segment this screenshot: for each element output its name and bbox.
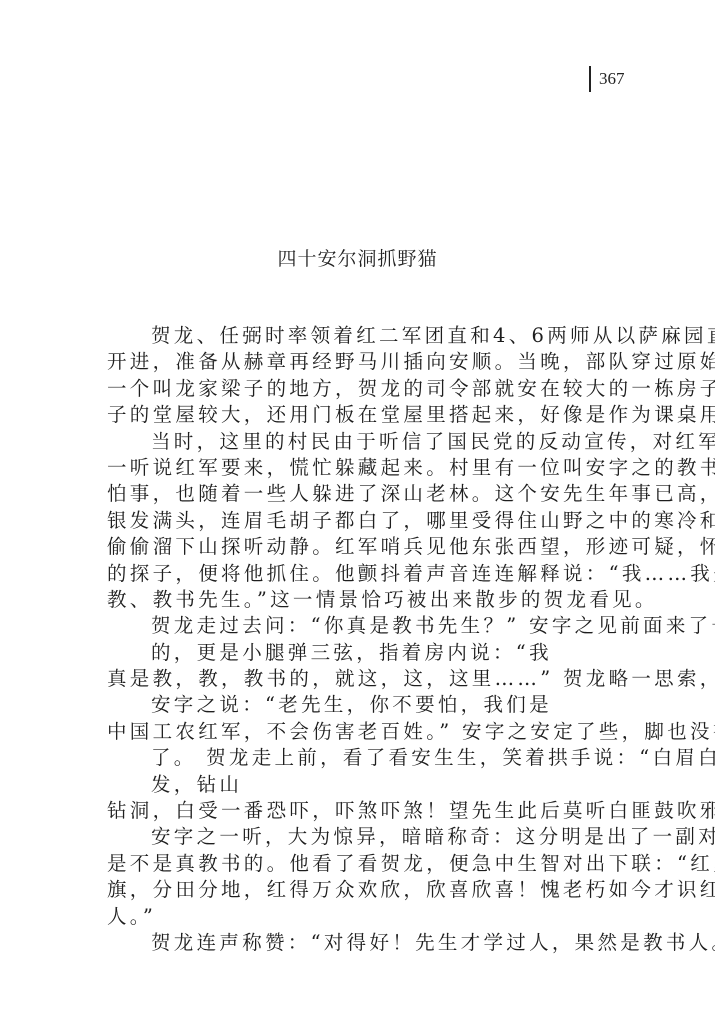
text-line: 偷偷溜下山探听动静。红军哨兵见他东张西望，形迹可疑，怀疑他是敌人 [107, 534, 627, 560]
text-line: 怕事，也随着一些人躲进了深山老林。这个安先生年事已高，身体虚弱， [107, 481, 627, 507]
text-line: 了。 贺龙走上前，看了看安生生，笑着拱手说：“白眉白须披白 [107, 745, 627, 771]
text-line: 旗，分田分地，红得万众欢欣，欣喜欣喜！愧老朽如今才识红军本为干 [107, 877, 627, 903]
text-line: 教、教书先生。”这一情景恰巧被出来散步的贺龙看见。 [107, 587, 627, 613]
text-line: 贺龙走过去问：“你真是教书先生？” 安字之见前面来了一个当官 [107, 613, 627, 639]
page-number: 367 [599, 69, 625, 89]
text-line: 是不是真教书的。他看了看贺龙，便急中生智对出下联：“红星红章展红 [107, 851, 627, 877]
text-line: 发，钻山 [107, 772, 627, 798]
text-line: 安字之一听，大为惊异，暗暗称奇：这分明是出了一副对联来考我 [107, 824, 627, 850]
text-line: 人。” [107, 904, 627, 930]
page-number-rule [589, 66, 591, 92]
text-line: 一个叫龙家梁子的地方，贺龙的司令部就安在较大的一栋房子里。这栋房 [107, 376, 627, 402]
text-line: 真是教，教，教书的，就这，这，这里……” 贺龙略一思索，走过去安慰 [107, 666, 627, 692]
text-line: 的，更是小腿弹三弦，指着房内说：“我 [107, 640, 627, 666]
text-line: 子的堂屋较大，还用门板在堂屋里搭起来，好像是作为课桌用的。 [107, 402, 627, 428]
body-text: 贺龙、任弼时率领着红二军团直和4、6两师从以萨麻园直接向安尔洞开进，准备从赫章再… [107, 323, 627, 956]
text-line: 贺龙、任弼时率领着红二军团直和4、6两师从以萨麻园直接向安尔洞 [107, 323, 627, 349]
text-line: 开进，准备从赫章再经野马川插向安顺。当晚，部队穿过原始森林，到了 [107, 349, 627, 375]
text-line: 银发满头，连眉毛胡子都白了，哪里受得住山野之中的寒冷和饥饿？便又 [107, 508, 627, 534]
page-number-block: 367 [589, 66, 625, 92]
text-line: 贺龙连声称赞：“对得好！先生才学过人，果然是教书人。我是贺 [107, 930, 627, 956]
text-line: 安字之说：“老先生，你不要怕，我们是 [107, 692, 627, 718]
text-line: 当时，这里的村民由于听信了国民党的反动宣传，对红军十分畏惧， [107, 429, 627, 455]
text-line: 钻洞，白受一番恐吓，吓煞吓煞！望先生此后莫听白匪鼓吹邪话。” [107, 798, 627, 824]
text-line: 中国工农红军，不会伤害老百姓。” 安字之安定了些，脚也没有先前抖 [107, 719, 627, 745]
text-line: 的探子，便将他抓住。他颤抖着声音连连解释说：“我……我是村里的 [107, 561, 627, 587]
chapter-title: 四十安尔洞抓野猫 [0, 244, 715, 271]
text-line: 一听说红军要来，慌忙躲藏起来。村里有一位叫安字之的教书先生，胆小 [107, 455, 627, 481]
